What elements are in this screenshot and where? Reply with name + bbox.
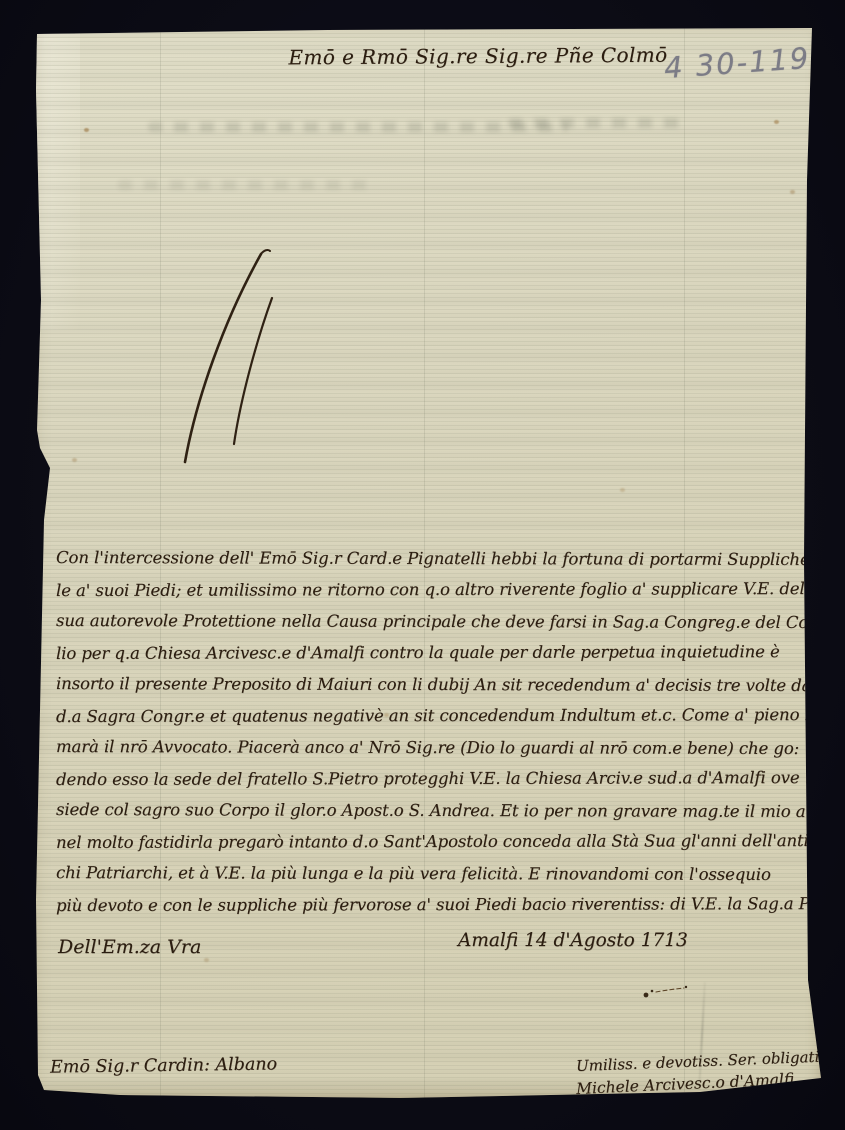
bleedthrough-ghost-row [508,118,688,128]
body-line: nel molto fastidirla pregarò intanto d.o… [56,831,814,852]
body-line: le a' suoi Piedi; et umilissimo ne ritor… [56,579,820,600]
bleedthrough-ghost-row [148,122,568,132]
body-line: chi Patriarchi, et à V.E. la più lunga e… [56,863,771,884]
dateline: Amalfi 14 d'Agosto 1713 [458,930,688,951]
body-line: sua autorevole Protettione nella Causa p… [56,611,839,632]
paper-highlight [34,30,80,330]
body-line: siede col sagro suo Corpo il glor.o Apos… [56,800,845,821]
letter-page: Emō e Rmō Sig.re Sig.re Pñe Colmō 4 30-1… [28,20,828,1102]
body-line: marà il nrō Avvocato. Piacerà anco a' Nr… [56,737,799,758]
recipient-address-line: Emō Sig.r Cardin: Albano [50,1054,277,1077]
body-line: d.a Sagra Congr.e et quatenus negativè a… [56,705,845,726]
bleedthrough-ghost-row [118,180,378,190]
salutation-line: Emō e Rmō Sig.re Sig.re Pñe Colmō [258,42,698,69]
closing-line: Dell'Em.za Vra [58,936,201,958]
foxing-spots [84,128,89,132]
signature-line-courtesy: Umiliss. e devotiss. Ser. obligatiss. [576,1047,840,1075]
body-line: dendo esso la sede del fratello S.Pietro… [56,768,828,789]
photo-backdrop: { "colors": { "backdrop": "#0b0b14", "pa… [0,0,845,1130]
body-line: più devoto e con le suppliche più fervor… [56,894,845,915]
body-line: Con l'intercessione dell' Emō Sig.r Card… [56,548,834,569]
body-line: lio per q.a Chiesa Arcivesc.e d'Amalfi c… [56,642,780,663]
body-line: insorto il presente Preposito di Maiuri … [56,674,811,695]
signature-line-name: Michele Arcivesc.o d'Amalfi [576,1070,795,1098]
